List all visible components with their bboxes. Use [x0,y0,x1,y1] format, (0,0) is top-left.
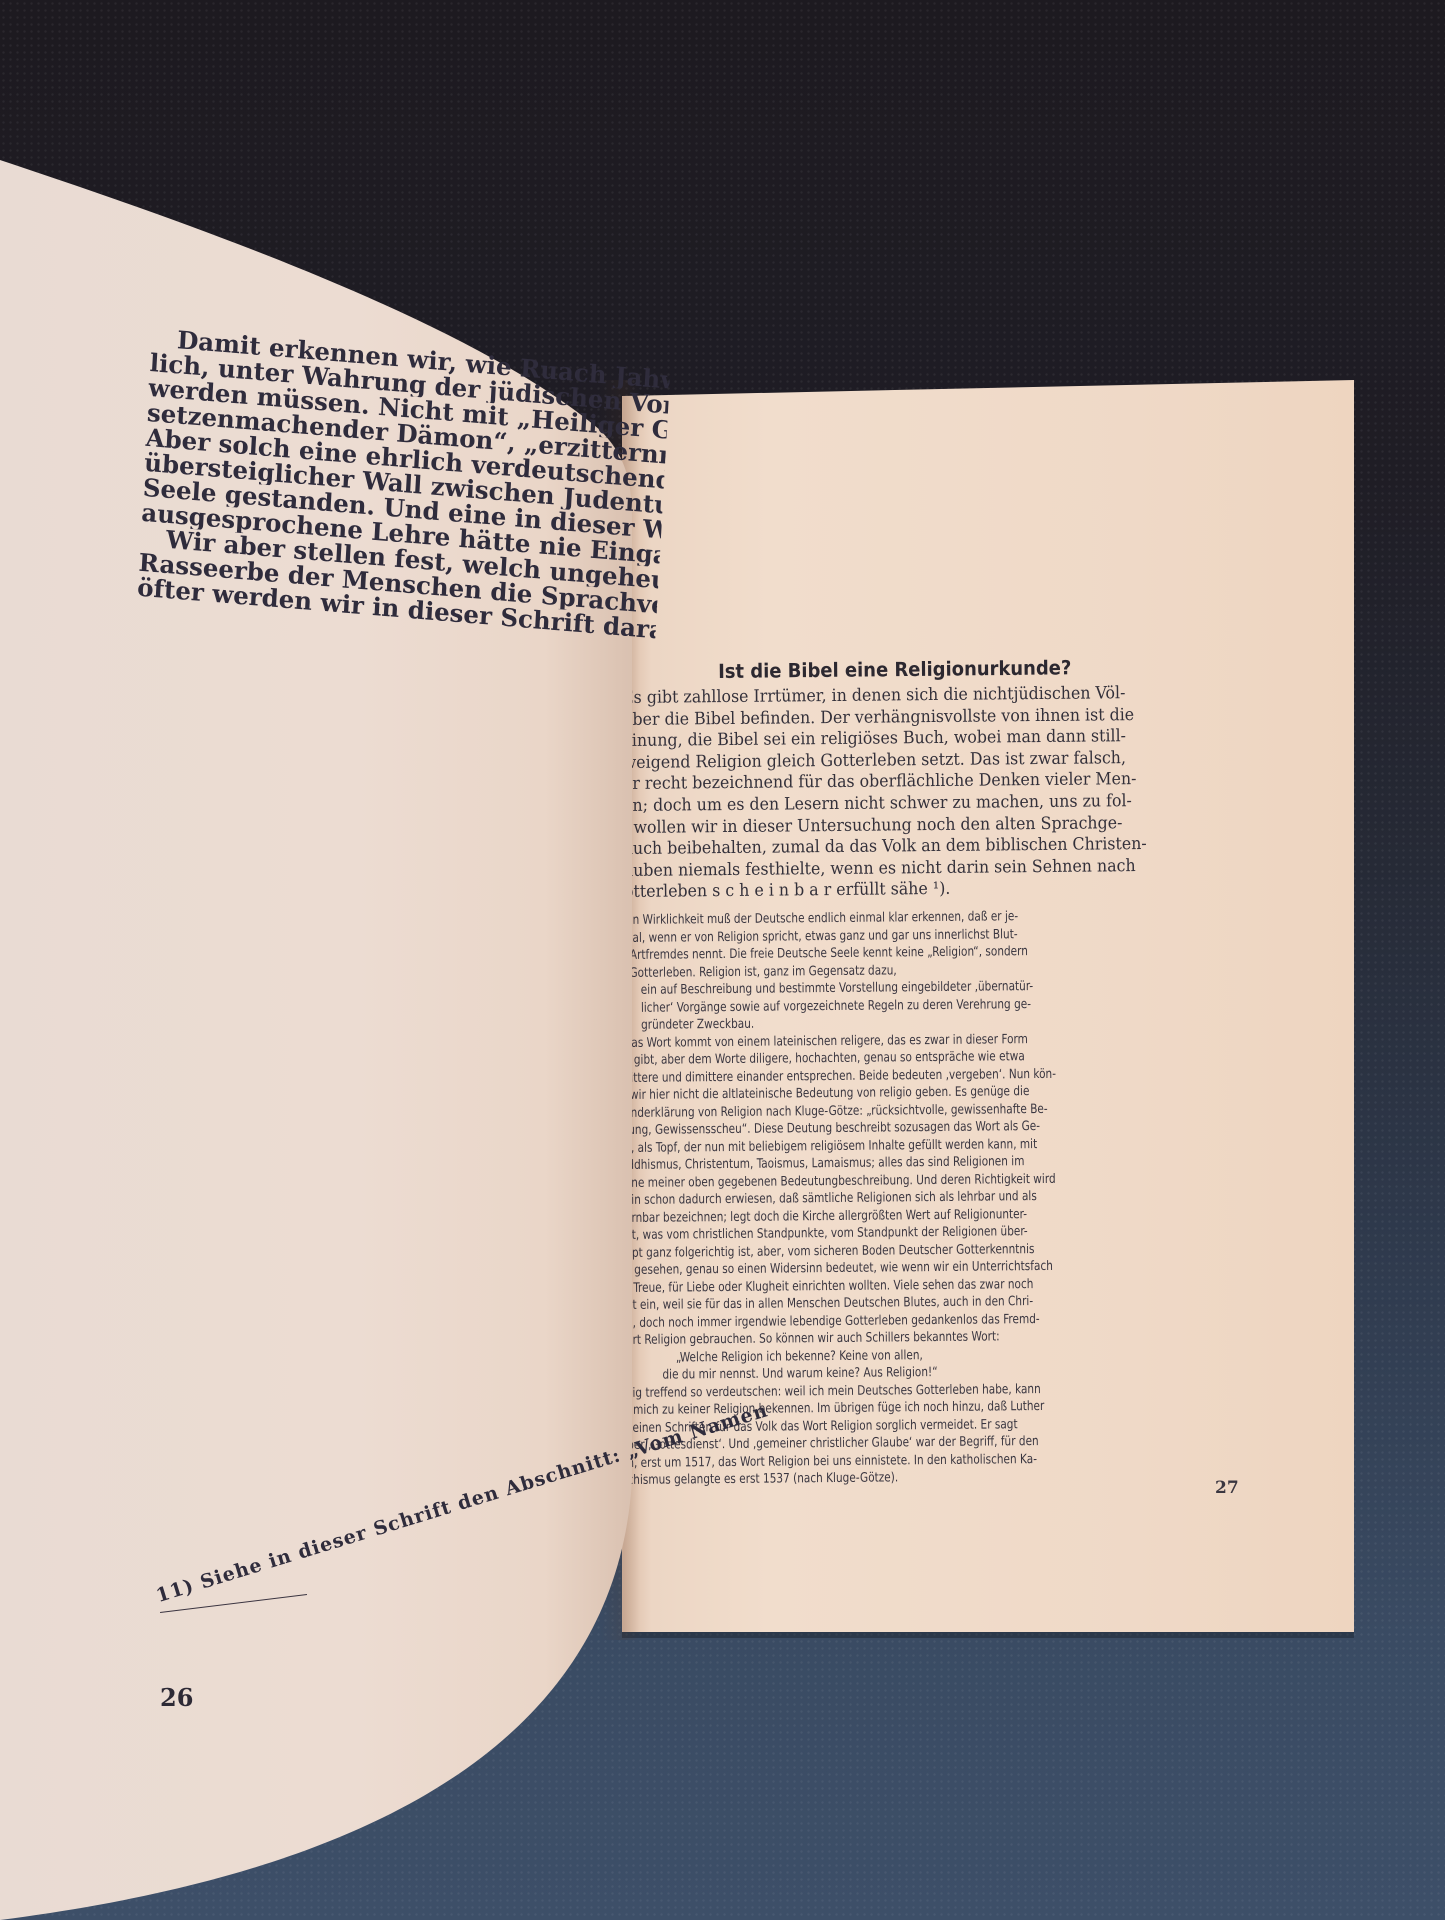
page-number-left: 26 [160,1683,193,1712]
left-page-body: Damit erkennen wir, wie Ruach Jahweh, Ge… [137,325,671,642]
right-page-footnote: ) In Wirklichkeit muß der Deutsche endli… [622,906,1248,1489]
chapter-heading: Ist die Bibel eine Religionurkunde? [718,656,1071,683]
right-page-body: Es gibt zahllose Irrtümer, in denen sich… [622,682,1244,904]
page-number-right: 27 [1215,1478,1239,1498]
right-page-shadow [622,1632,1354,1638]
